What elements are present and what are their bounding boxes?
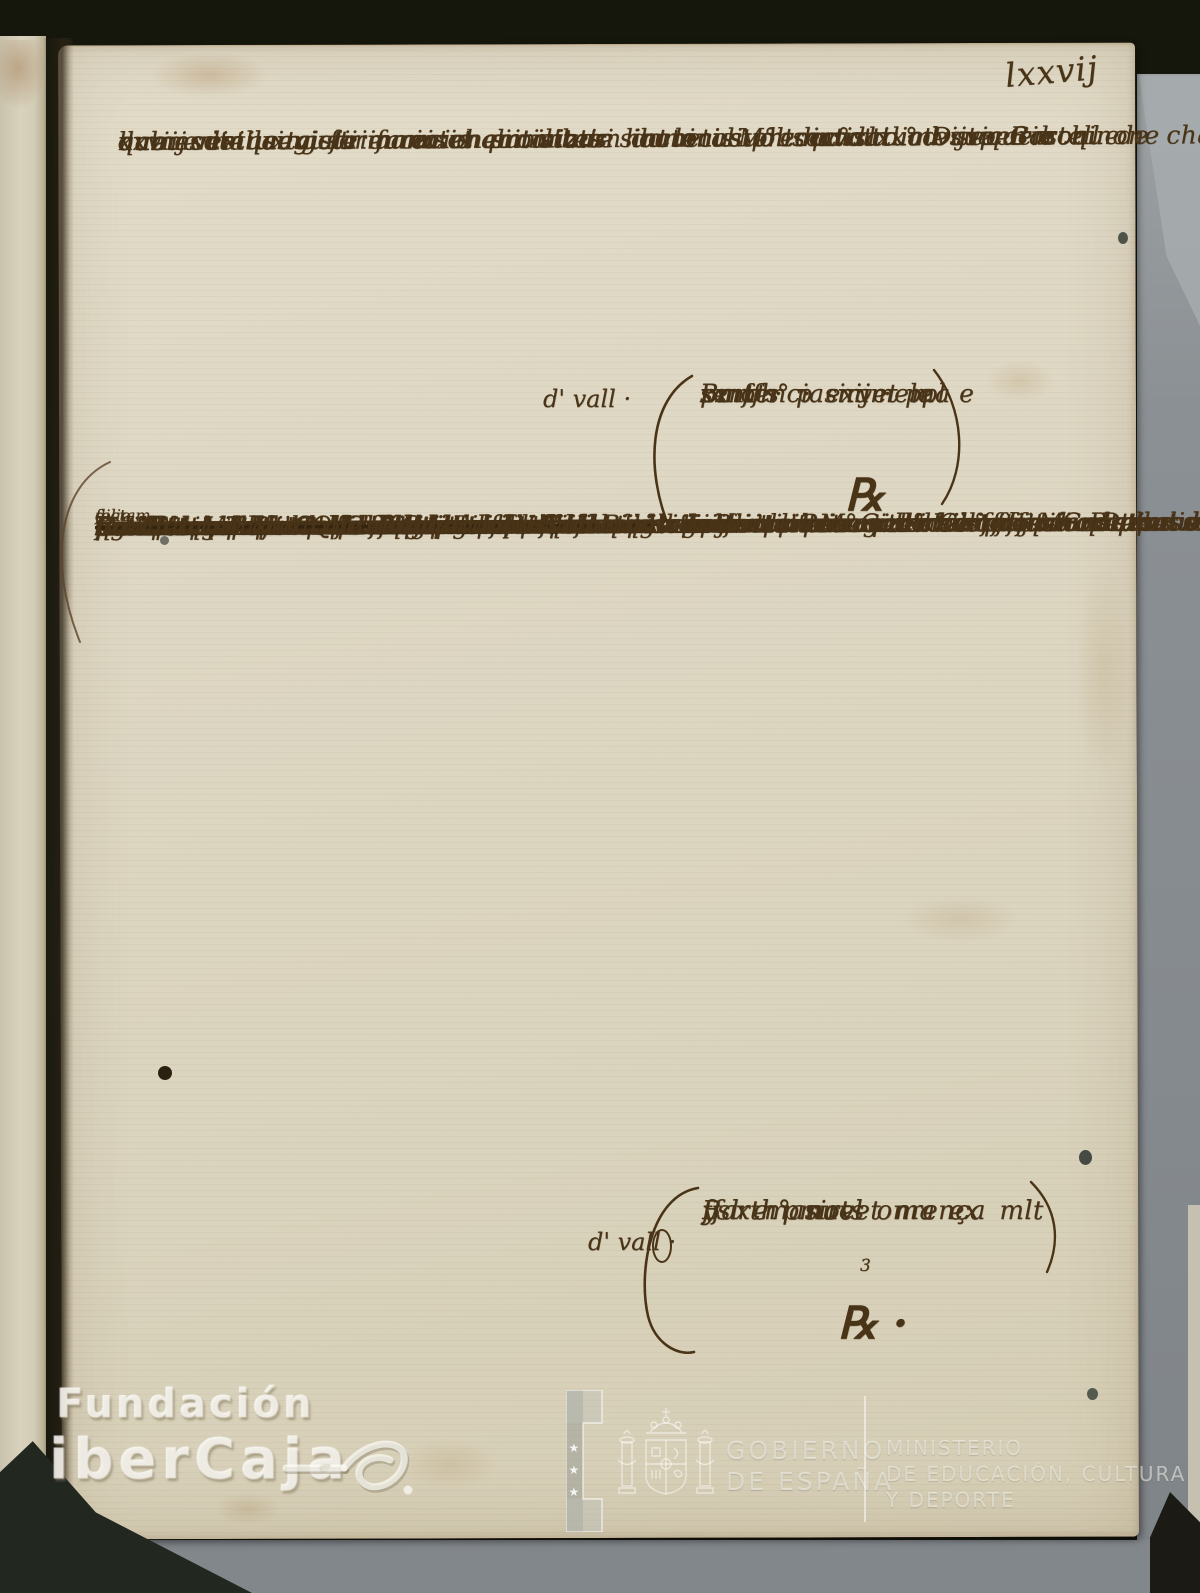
manuscript-line: pmots	[700, 375, 779, 412]
marginal-number: 3	[860, 1256, 871, 1276]
scanned-manuscript-page: lxxvij quemcumque iste faciatis promizar…	[0, 0, 1200, 1593]
manuscript-line: Barchinone xxx° die augusti anno a nativ…	[95, 500, 1200, 548]
manuscript-page	[58, 43, 1139, 1540]
scribe-mark: d' vall ·	[588, 1228, 676, 1256]
flag-bar-icon: ★ ★ ★	[566, 1390, 616, 1532]
manuscript-line: ysl e pmots	[702, 1192, 864, 1231]
adjacent-page-edge	[1188, 1205, 1200, 1540]
star-icon: ★	[569, 1463, 580, 1477]
manuscript-line: xxviij die augusti anno a nativitate dom…	[118, 113, 1200, 164]
watermark-divider-line	[864, 1396, 866, 1522]
scribe-mark: d' vall ·	[543, 385, 631, 413]
spain-coat-of-arms-icon	[616, 1406, 716, 1518]
wormhole	[1087, 1388, 1098, 1400]
paraph-icon: ℞ ·	[838, 1298, 908, 1349]
book-left-page-edge	[0, 36, 46, 1506]
star-icon: ★	[569, 1485, 580, 1499]
folio-number: lxxvij	[1003, 48, 1099, 95]
star-icon: ★	[569, 1441, 580, 1455]
stain	[0, 40, 46, 110]
wormhole	[1079, 1150, 1092, 1165]
wormhole	[1118, 232, 1128, 244]
book-gutter-shadow	[44, 38, 74, 1504]
ink-blot	[158, 1066, 172, 1080]
